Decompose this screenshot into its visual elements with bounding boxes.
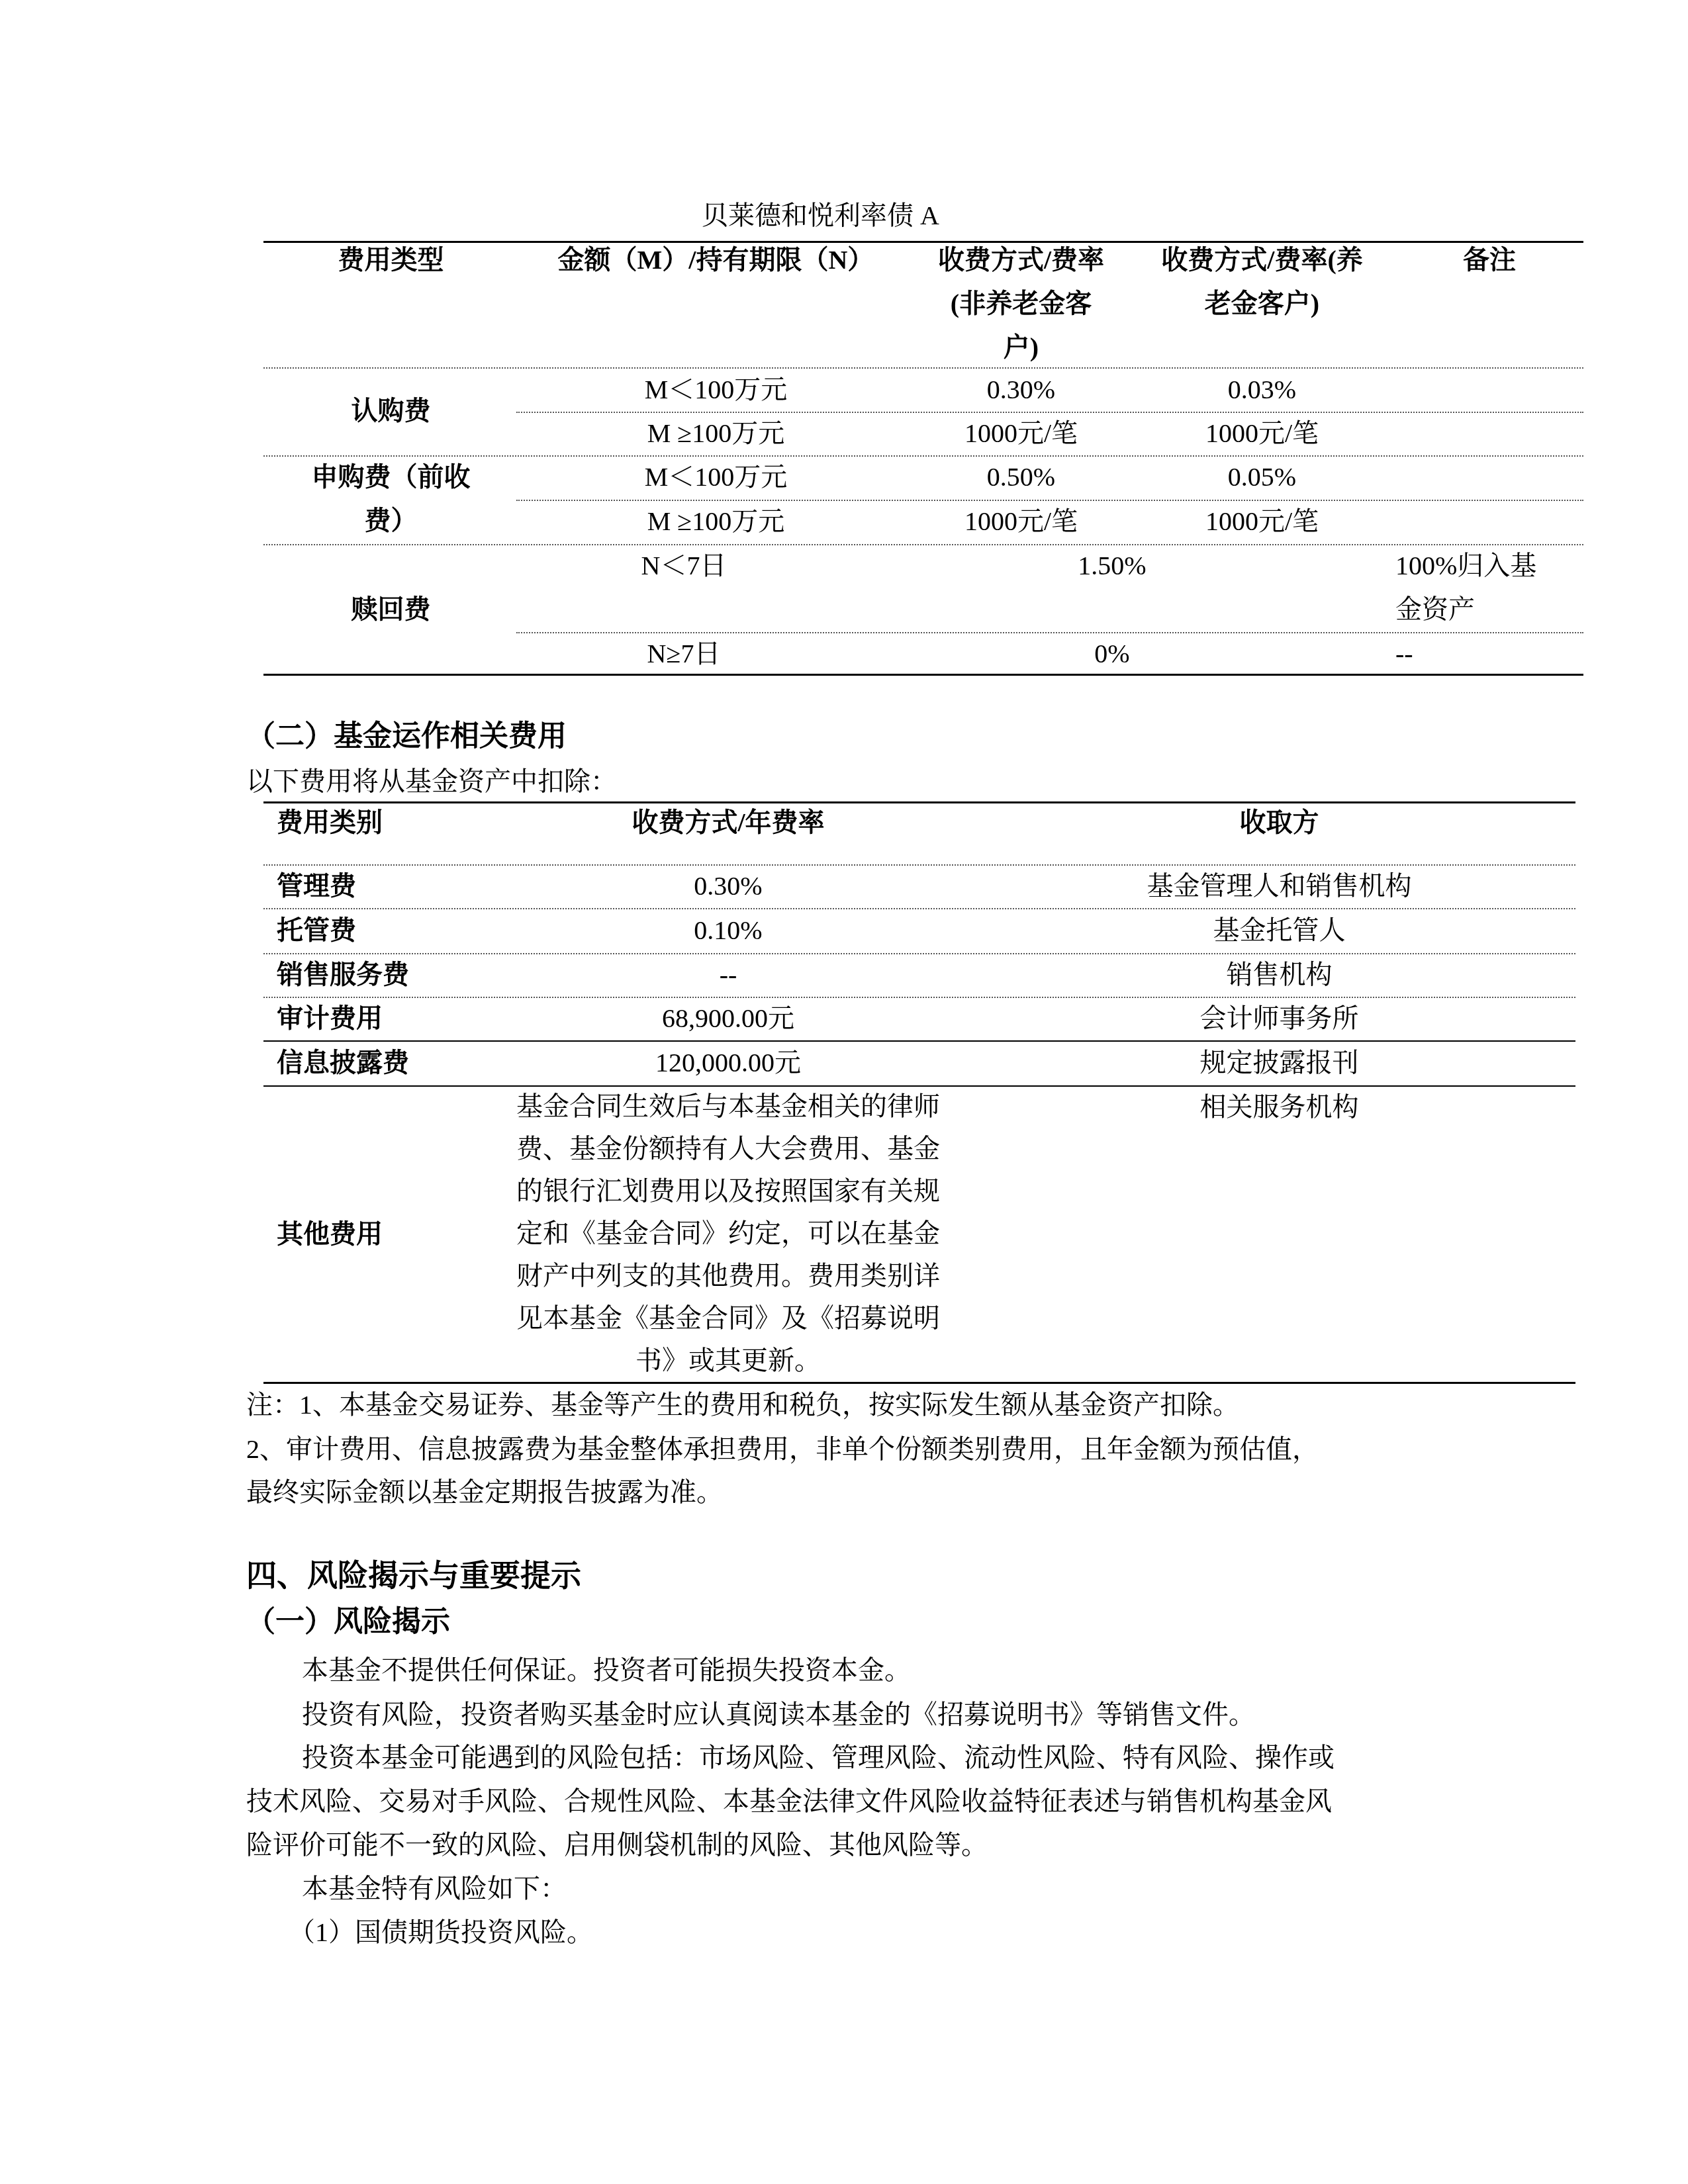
header-pension-line2: 老金客户) (1129, 282, 1395, 326)
redemption-fee-label: 赎回费 (263, 588, 518, 631)
header-fee-type: 费用类型 (263, 238, 518, 282)
redemption-remark-line1: 100%归入基 (1395, 544, 1583, 588)
fee-recipient: 基金托管人 (983, 909, 1575, 952)
fee-category: 管理费 (277, 864, 356, 908)
redemption-rate: 1.50% (914, 544, 1311, 588)
subscription-fee-label: 认购费 (263, 389, 518, 433)
header-recipient: 收取方 (983, 801, 1575, 844)
purchase-fee-label: 申购费（前收 费） (263, 455, 518, 543)
other-fee-line: 见本基金《基金合同》及《招募说明 (473, 1297, 983, 1340)
fee-recipient: 销售机构 (983, 953, 1575, 997)
fee-recipient: 基金管理人和销售机构 (983, 864, 1575, 908)
purchase-amount: M＜100万元 (518, 455, 914, 499)
risk-paragraph: 险评价可能不一致的风险、启用侧袋机制的风险、其他风险等。 (246, 1823, 1451, 1867)
other-fee-line: 书》或其更新。 (473, 1340, 983, 1382)
other-fee-line: 的银行汇划费用以及按照国家有关规 (473, 1170, 983, 1212)
header-pension-line1: 收费方式/费率(养 (1129, 238, 1395, 282)
fee-category: 销售服务费 (277, 953, 409, 997)
fee-category-other: 其他费用 (277, 1212, 383, 1256)
purchase-fee-label-line1: 申购费（前收 (263, 455, 518, 499)
redemption-remark: 100%归入基 金资产 (1395, 544, 1583, 631)
fee-rate: 0.10% (473, 909, 983, 952)
risk-subheading: （一）风险揭示 (246, 1600, 450, 1644)
operating-fees-heading: （二）基金运作相关费用 (246, 715, 567, 758)
redemption-rate: 0% (914, 632, 1311, 676)
risk-paragraph: 投资有风险，投资者购买基金时应认真阅读本基金的《招募说明书》等销售文件。 (246, 1692, 1451, 1737)
redemption-remark: -- (1395, 632, 1583, 676)
purchase-non-pension-rate: 0.50% (914, 455, 1129, 499)
fee-rate: 120,000.00元 (473, 1041, 983, 1085)
operating-fees-intro: 以下费用将从基金资产中扣除： (246, 760, 617, 803)
risk-section-heading: 四、风险揭示与重要提示 (246, 1554, 581, 1598)
header-non-pension-line1: 收费方式/费率 (914, 238, 1129, 282)
header-non-pension: 收费方式/费率 (非养老金客 户) (914, 238, 1129, 369)
fee-rate: 68,900.00元 (473, 997, 983, 1040)
fee-table-title: 贝莱德和悦利率债 A (702, 196, 939, 236)
purchase-pension-rate: 0.05% (1129, 455, 1395, 499)
fee-recipient: 规定披露报刊 (983, 1041, 1575, 1085)
other-fee-line: 定和《基金合同》约定，可以在基金 (473, 1212, 983, 1255)
header-category: 费用类别 (277, 801, 383, 844)
subscription-amount: M＜100万元 (518, 368, 914, 412)
subscription-pension-rate: 0.03% (1129, 368, 1395, 412)
fee-category: 审计费用 (277, 997, 383, 1040)
purchase-fee-label-line2: 费） (263, 499, 518, 543)
other-fee-description: 基金合同生效后与本基金相关的律师 费、基金份额持有人大会费用、基金 的银行汇划费… (473, 1085, 983, 1382)
fee-category: 信息披露费 (277, 1041, 409, 1085)
subscription-non-pension-rate: 0.30% (914, 368, 1129, 412)
header-annual-rate: 收费方式/年费率 (473, 801, 983, 844)
risk-paragraph: 投资本基金可能遇到的风险包括：市场风险、管理风险、流动性风险、特有风险、操作或 (246, 1735, 1451, 1780)
subscription-pension-rate: 1000元/笔 (1129, 412, 1395, 455)
header-amount: 金额（M）/持有期限（N） (518, 238, 914, 282)
subscription-amount: M ≥100万元 (518, 412, 914, 455)
fee-rate: -- (473, 953, 983, 997)
header-remark: 备注 (1395, 238, 1583, 282)
other-fee-line: 基金合同生效后与本基金相关的律师 (473, 1085, 983, 1128)
purchase-non-pension-rate: 1000元/笔 (914, 500, 1129, 543)
redemption-remark-line2: 金资产 (1395, 588, 1583, 631)
risk-paragraph: 本基金不提供任何保证。投资者可能损失投资本金。 (246, 1648, 1451, 1692)
note-line-1: 注：1、本基金交易证券、基金等产生的费用和税负，按实际发生额从基金资产扣除。 (246, 1383, 1239, 1427)
purchase-amount: M ≥100万元 (518, 500, 914, 543)
note-line-2: 2、审计费用、信息披露费为基金整体承担费用，非单个份额类别费用，且年金额为预估值… (246, 1428, 1319, 1471)
fee-recipient: 会计师事务所 (983, 997, 1575, 1040)
header-non-pension-line2: (非养老金客 (914, 282, 1129, 326)
header-pension: 收费方式/费率(养 老金客户) (1129, 238, 1395, 326)
subscription-non-pension-rate: 1000元/笔 (914, 412, 1129, 455)
purchase-pension-rate: 1000元/笔 (1129, 500, 1395, 543)
other-fee-line: 财产中列支的其他费用。费用类别详 (473, 1255, 983, 1297)
note-line-3: 最终实际金额以基金定期报告披露为准。 (246, 1471, 723, 1514)
fee-category: 托管费 (277, 909, 356, 952)
header-non-pension-line3: 户) (914, 326, 1129, 369)
other-fee-line: 费、基金份额持有人大会费用、基金 (473, 1128, 983, 1170)
fee-recipient-other: 相关服务机构 (983, 1085, 1575, 1129)
redemption-period: N≥7日 (518, 632, 849, 676)
risk-paragraph: 本基金特有风险如下： (246, 1866, 1451, 1911)
risk-list-item: （1）国债期货投资风险。 (246, 1910, 1451, 1954)
risk-paragraph: 技术风险、交易对手风险、合规性风险、本基金法律文件风险收益特征表述与销售机构基金… (246, 1779, 1451, 1823)
fee-rate: 0.30% (473, 864, 983, 908)
redemption-period: N＜7日 (518, 544, 849, 588)
